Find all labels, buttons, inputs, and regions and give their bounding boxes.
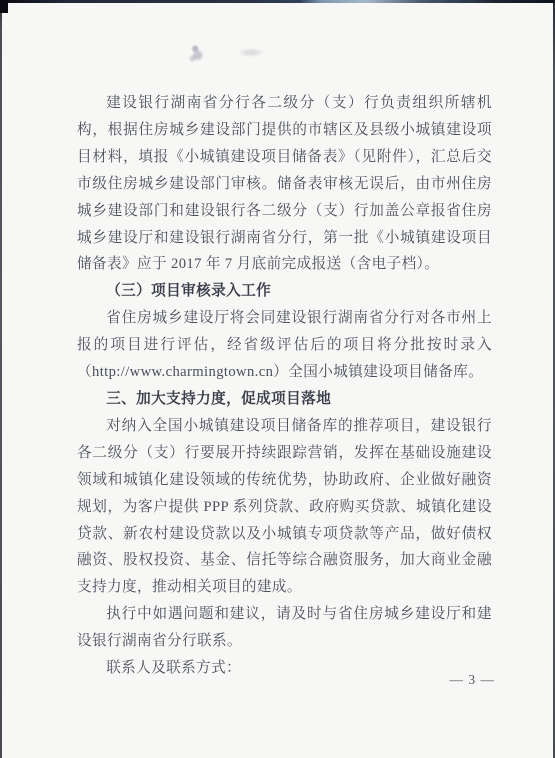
paragraph: 联系人及联系方式： (77, 655, 492, 682)
scan-edge-top (0, 0, 555, 3)
scan-corner-mark (0, 0, 8, 13)
paragraph: 对纳入全国小城镇建设项目储备库的推荐项目，建设银行各二级分（支）行要展开持续跟踪… (77, 413, 492, 601)
paragraph: 建设银行湖南省分行各二级分（支）行负责组织所辖机构，根据住房城乡建设部门提供的市… (77, 90, 492, 278)
document-body: 建设银行湖南省分行各二级分（支）行负责组织所辖机构，根据住房城乡建设部门提供的市… (77, 90, 492, 682)
section-heading: （三）项目审核录入工作 (77, 278, 492, 305)
scan-edge-left (0, 0, 2, 758)
scanned-document-page: 建设银行湖南省分行各二级分（支）行负责组织所辖机构，根据住房城乡建设部门提供的市… (0, 0, 555, 758)
ink-smudge (188, 42, 206, 64)
ink-smudge-faint (238, 48, 264, 57)
paragraph: 执行中如遇问题和建议，请及时与省住房城乡建设厅和建设银行湖南省分行联系。 (77, 601, 492, 655)
section-heading: 三、加大支持力度，促成项目落地 (77, 386, 492, 413)
paragraph: 省住房城乡建设厅将会同建设银行湖南省分行对各市州上报的项目进行评估，经省级评估后… (77, 305, 492, 386)
page-number: — 3 — (450, 672, 496, 688)
